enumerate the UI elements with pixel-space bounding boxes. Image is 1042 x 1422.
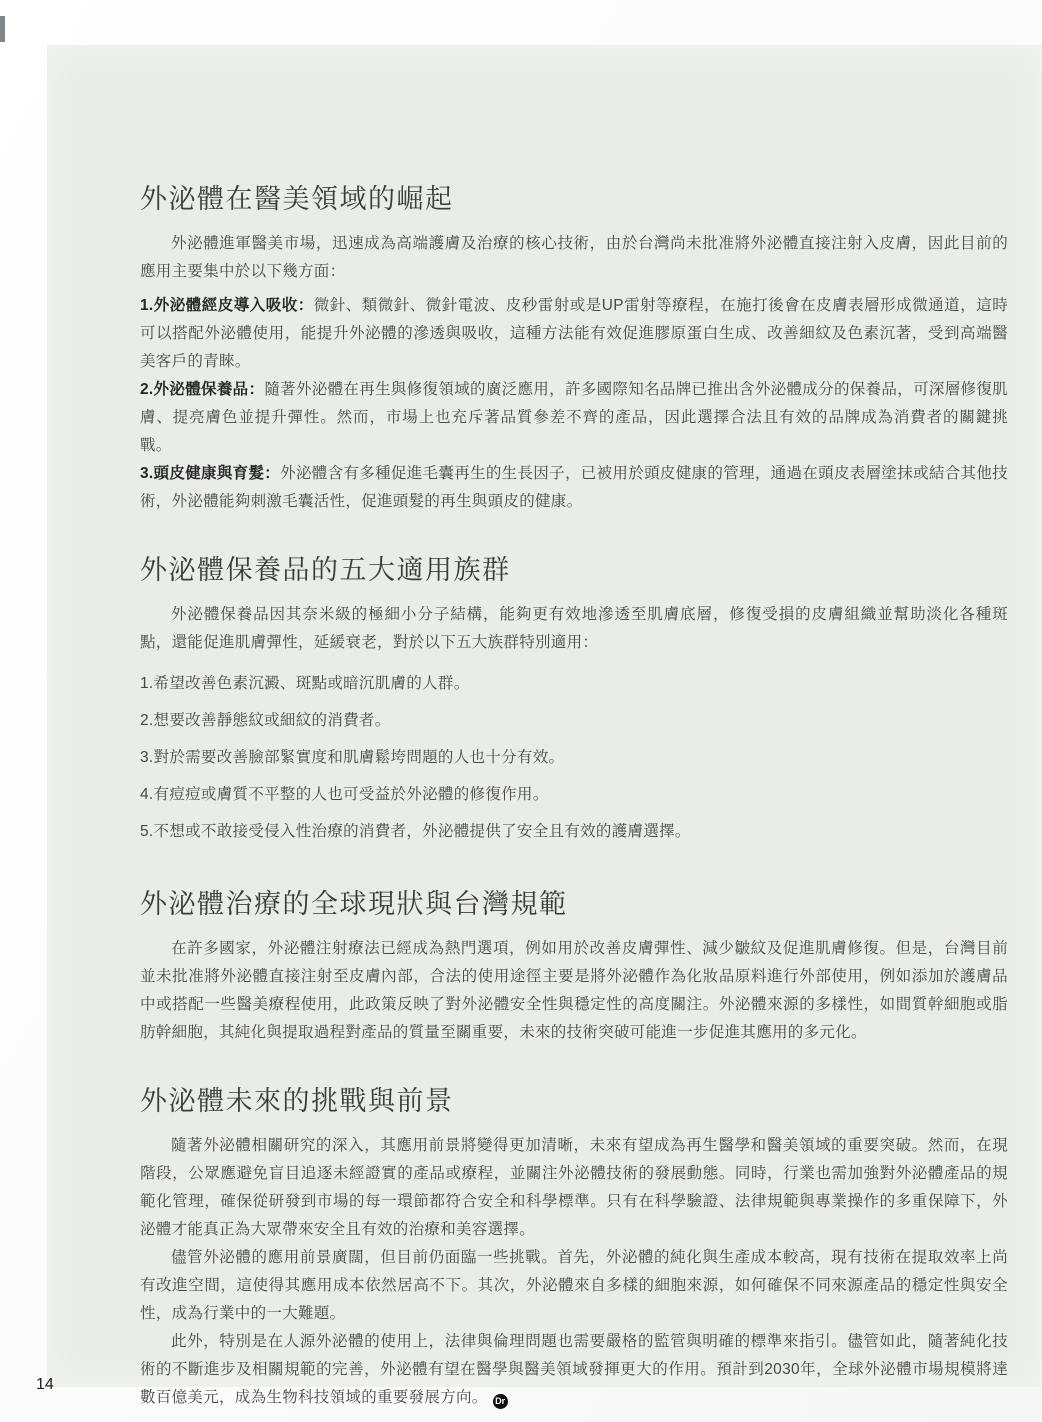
section-future-challenges: 外泌體未來的挑戰與前景 隨著外泌體相關研究的深入，其應用前景將變得更加清晰，未來… — [140, 1085, 1008, 1412]
section-heading: 外泌體保養品的五大適用族群 — [140, 554, 1008, 586]
section-global-status-taiwan-rules: 外泌體治療的全球現狀與台灣規範 在許多國家，外泌體注射療法已經成為熱門選項，例如… — [140, 888, 1008, 1047]
item-text: 隨著外泌體在再生與修復領域的廣泛應用，許多國際知名品牌已推出含外泌體成分的保養品… — [140, 381, 1008, 454]
target-group-list: 1.希望改善色素沉澱、斑點或暗沉肌膚的人群。 2.想要改善靜態紋或細紋的消費者。… — [140, 665, 1008, 850]
numbered-items: 1.外泌體經皮導入吸收：微針、類微針、微針電波、皮秒雷射或是UP雷射等療程，在施… — [140, 292, 1008, 516]
section-heading: 外泌體治療的全球現狀與台灣規範 — [140, 888, 1008, 920]
numbered-item: 3.頭皮健康與育髮：外泌體含有多種促進毛囊再生的生長因子，已被用於頭皮健康的管理… — [140, 460, 1008, 516]
article-end-mark-icon: Dr — [493, 1394, 508, 1409]
section-five-target-groups: 外泌體保養品的五大適用族群 外泌體保養品因其奈米級的極細小分子結構，能夠更有效地… — [140, 554, 1008, 850]
item-lead: 3.頭皮健康與育髮： — [140, 465, 280, 482]
intro-paragraph: 外泌體保養品因其奈米級的極細小分子結構，能夠更有效地滲透至肌膚底層，修復受損的皮… — [140, 601, 1008, 657]
section-rise-in-aesthetics: 外泌體在醫美領域的崛起 外泌體進軍醫美市場，迅速成為高端護膚及治療的核心技術，由… — [140, 183, 1008, 516]
target-group-item: 4.有痘痘或膚質不平整的人也可受益於外泌體的修復作用。 — [140, 776, 1008, 813]
paragraph-text: 此外，特別是在人源外泌體的使用上，法律與倫理問題也需要嚴格的監管與明確的標準來指… — [140, 1333, 1008, 1406]
section-heading: 外泌體在醫美領域的崛起 — [140, 183, 1008, 215]
scanned-magazine-page: { "sections": [ { "heading": "外泌體在醫美領域的崛… — [0, 0, 1042, 1422]
article: 外泌體在醫美領域的崛起 外泌體進軍醫美市場，迅速成為高端護膚及治療的核心技術，由… — [47, 45, 1042, 1412]
scan-edge-artifact — [0, 16, 5, 42]
target-group-item: 5.不想或不敢接受侵入性治療的消費者，外泌體提供了安全且有效的護膚選擇。 — [140, 813, 1008, 850]
numbered-item: 2.外泌體保養品：隨著外泌體在再生與修復領域的廣泛應用，許多國際知名品牌已推出含… — [140, 376, 1008, 460]
target-group-item: 1.希望改善色素沉澱、斑點或暗沉肌膚的人群。 — [140, 665, 1008, 702]
body-paragraph: 此外，特別是在人源外泌體的使用上，法律與倫理問題也需要嚴格的監管與明確的標準來指… — [140, 1328, 1008, 1412]
item-lead: 1.外泌體經皮導入吸收： — [140, 297, 314, 314]
page-number: 14 — [36, 1376, 54, 1394]
section-heading: 外泌體未來的挑戰與前景 — [140, 1085, 1008, 1117]
numbered-item: 1.外泌體經皮導入吸收：微針、類微針、微針電波、皮秒雷射或是UP雷射等療程，在施… — [140, 292, 1008, 376]
item-lead: 2.外泌體保養品： — [140, 381, 264, 398]
target-group-item: 2.想要改善靜態紋或細紋的消費者。 — [140, 702, 1008, 739]
body-paragraph: 在許多國家，外泌體注射療法已經成為熱門選項，例如用於改善皮膚彈性、減少皺紋及促進… — [140, 935, 1008, 1047]
intro-paragraph: 外泌體進軍醫美市場，迅速成為高端護膚及治療的核心技術，由於台灣尚未批准將外泌體直… — [140, 230, 1008, 286]
scan-page: 外泌體在醫美領域的崛起 外泌體進軍醫美市場，迅速成為高端護膚及治療的核心技術，由… — [47, 45, 1042, 1387]
target-group-item: 3.對於需要改善臉部緊實度和肌膚鬆垮問題的人也十分有效。 — [140, 739, 1008, 776]
body-paragraph: 儘管外泌體的應用前景廣闊，但目前仍面臨一些挑戰。首先，外泌體的純化與生產成本較高… — [140, 1244, 1008, 1328]
body-paragraph: 隨著外泌體相關研究的深入，其應用前景將變得更加清晰，未來有望成為再生醫學和醫美領… — [140, 1132, 1008, 1244]
